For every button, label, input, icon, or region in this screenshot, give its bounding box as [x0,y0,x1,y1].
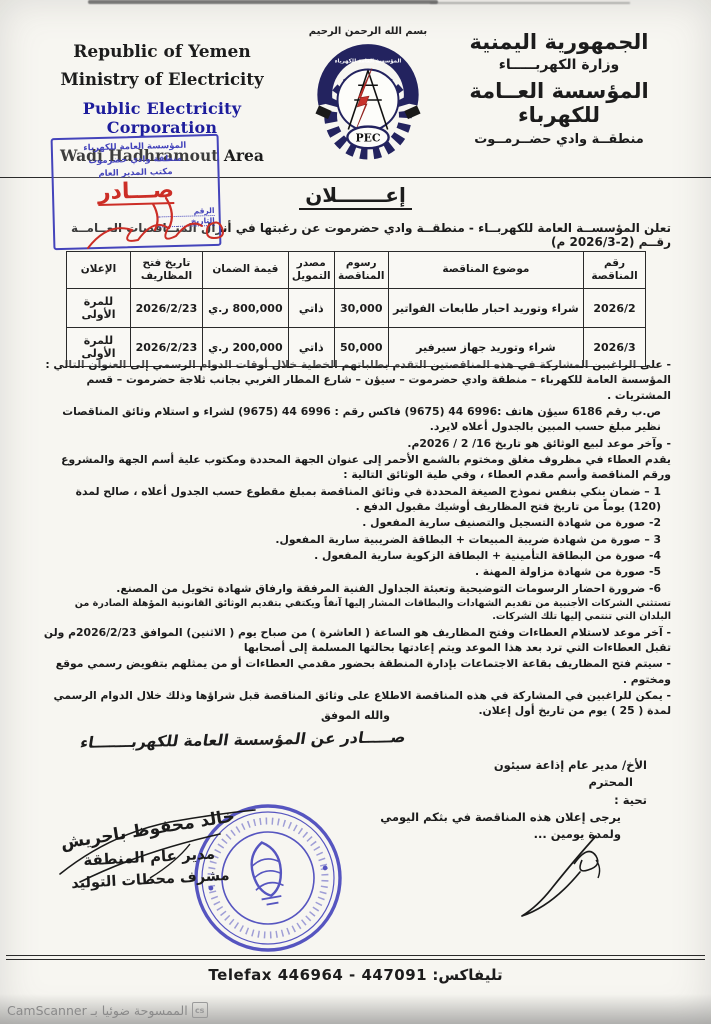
camscanner-watermark: الممسوحة ضوئيا بـ CamScanner cs [7,1002,208,1018]
body-paragraph: 6- ضرورة احضار الرسومات التوضيحية وتعبئة… [40,581,671,596]
telefax-numbers: Telefax 446964 - 447091 [208,966,427,984]
cell-funding: ذاتي [288,328,334,367]
pec-logo-arc-text: المؤسسة العامة للكهرباء [335,58,402,65]
cell-guarantee: 200,000 ر.ي [202,328,288,367]
body-paragraph: 5- صورة من شهادة مزاولة المهنة . [40,564,671,579]
addressee-line: الأخ/ مدير عام إذاعة سيئون [347,757,647,774]
blessing-line: والله الموفق [0,709,711,722]
ministry-name-ar: وزارة الكهربـــــاء [428,57,690,73]
corporation-name-ar: المؤسسة العــامة للكهرباء [428,79,690,127]
cell-funding: ذاتي [288,289,334,328]
cell-announcement: للمرة الأولى [67,328,131,367]
footer-telefax: تليفاكس: Telefax 446964 - 447091 [0,966,711,984]
bismillah-calligraphy: بسم الله الرحمن الرحيم [298,26,438,37]
area-name-ar: منطقــة وادي حضــرمــوت [428,132,690,147]
cell-announcement: للمرة الأولى [67,289,131,328]
country-name-en: Republic of Yemen [26,42,298,62]
body-paragraph: تستثني الشركات الأجنبية من تقديم الشهادا… [40,597,671,624]
watermark-text: الممسوحة ضوئيا بـ CamScanner [7,1003,188,1018]
body-paragraph: 4- صورة من البطاقة التأمينية + البطاقة ا… [40,548,671,563]
col-open-date: تاريخ فتح المظاريف [130,252,202,289]
cell-guarantee: 800,000 ر.ي [202,289,288,328]
table-row: 2026/2 شراء وتوريد احبار طابعات الفواتير… [67,289,646,328]
col-tender-no: رقم المناقصة [584,252,646,289]
col-fee: رسوم المناقصة [334,252,388,289]
col-subject: موضوع المناقصة [388,252,583,289]
body-paragraph: يقدم العطاء في مظروف مغلق ومختوم بالشمع … [40,452,671,483]
body-paragraph: 2- صورة من شهادة التسجيل والتصنيف سارية … [40,515,671,530]
cell-tender-no: 2026/3 [584,328,646,367]
greeting-line: تحية : [347,792,647,809]
footer-divider-line [6,955,705,960]
telefax-label: تليفاكس: [432,966,502,984]
col-funding: مصدر التمويل [288,252,334,289]
corporation-name-en: Public Electricity Corporation [26,99,298,137]
body-paragraph: - آخر موعد لاستلام العطاءات وفتح المظاري… [40,625,671,656]
pec-logo-abbr: PEC [356,131,381,144]
body-paragraph: - وآخر موعد لبيع الوثائق هو تاريخ 16/ 2 … [40,436,671,451]
cell-fee: 50,000 [334,328,388,367]
announcement-title: إعـــــــلان [299,183,412,210]
col-guarantee: قيمة الضمان [202,252,288,289]
cell-subject: شراء وتوريد احبار طابعات الفواتير [388,289,583,328]
body-paragraph: 1 – ضمان بنكي بنفس نموذج الصيغة المحددة … [40,484,671,515]
scan-artifact-top [88,0,438,4]
cell-open-date: 2026/2/23 [130,328,202,367]
ministry-name-en: Ministry of Electricity [26,70,298,89]
cell-fee: 30,000 [334,289,388,328]
signature-scrawl-left [40,804,270,914]
cell-subject: شراء وتوريد جهاز سيرفير [388,328,583,367]
body-paragraph: 3 – صورة من شهادة ضريبة المبيعات + البطا… [40,532,671,547]
table-row: 2026/3 شراء وتوريد جهاز سيرفير 50,000 ذا… [67,328,646,367]
scan-artifact-top-2 [430,2,630,4]
honorific-line: المحترم [347,774,647,791]
camscanner-badge-icon: cs [192,1002,208,1018]
issued-by-line: صـــــادر عن المؤسسة العامة للكهربــــــ… [76,728,410,752]
table-header-row: رقم المناقصة موضوع المناقصة رسوم المناقص… [67,252,646,289]
pec-logo-icon: PEC المؤسسة العامة للكهرباء [309,39,427,163]
scanned-document-page: Republic of Yemen Ministry of Electricit… [0,0,711,1024]
col-announcement: الإعلان [67,252,131,289]
cell-tender-no: 2026/2 [584,289,646,328]
handwritten-red-scrawl [58,186,268,256]
signature-scrawl-right [478,826,628,926]
body-paragraph: - سيتم فتح المظاريف بقاعة الاجتماعات بإد… [40,656,671,687]
body-text: - على الراغبين المشاركة في هذه المناقصتي… [40,356,671,720]
body-paragraph: ص.ب رقم 6186 سيؤن هاتف :6996 44 (9675) ف… [40,404,671,435]
watermark-bar: الممسوحة ضوئيا بـ CamScanner cs [0,994,711,1024]
country-name-ar: الجمهورية اليمنية [428,30,690,54]
cell-open-date: 2026/2/23 [130,289,202,328]
tenders-table: رقم المناقصة موضوع المناقصة رسوم المناقص… [66,251,646,367]
letterhead-arabic: الجمهورية اليمنية وزارة الكهربـــــاء ال… [428,30,690,147]
letterhead-logo-block: بسم الله الرحمن الرحيم PEC المؤسسة العام… [298,26,438,167]
